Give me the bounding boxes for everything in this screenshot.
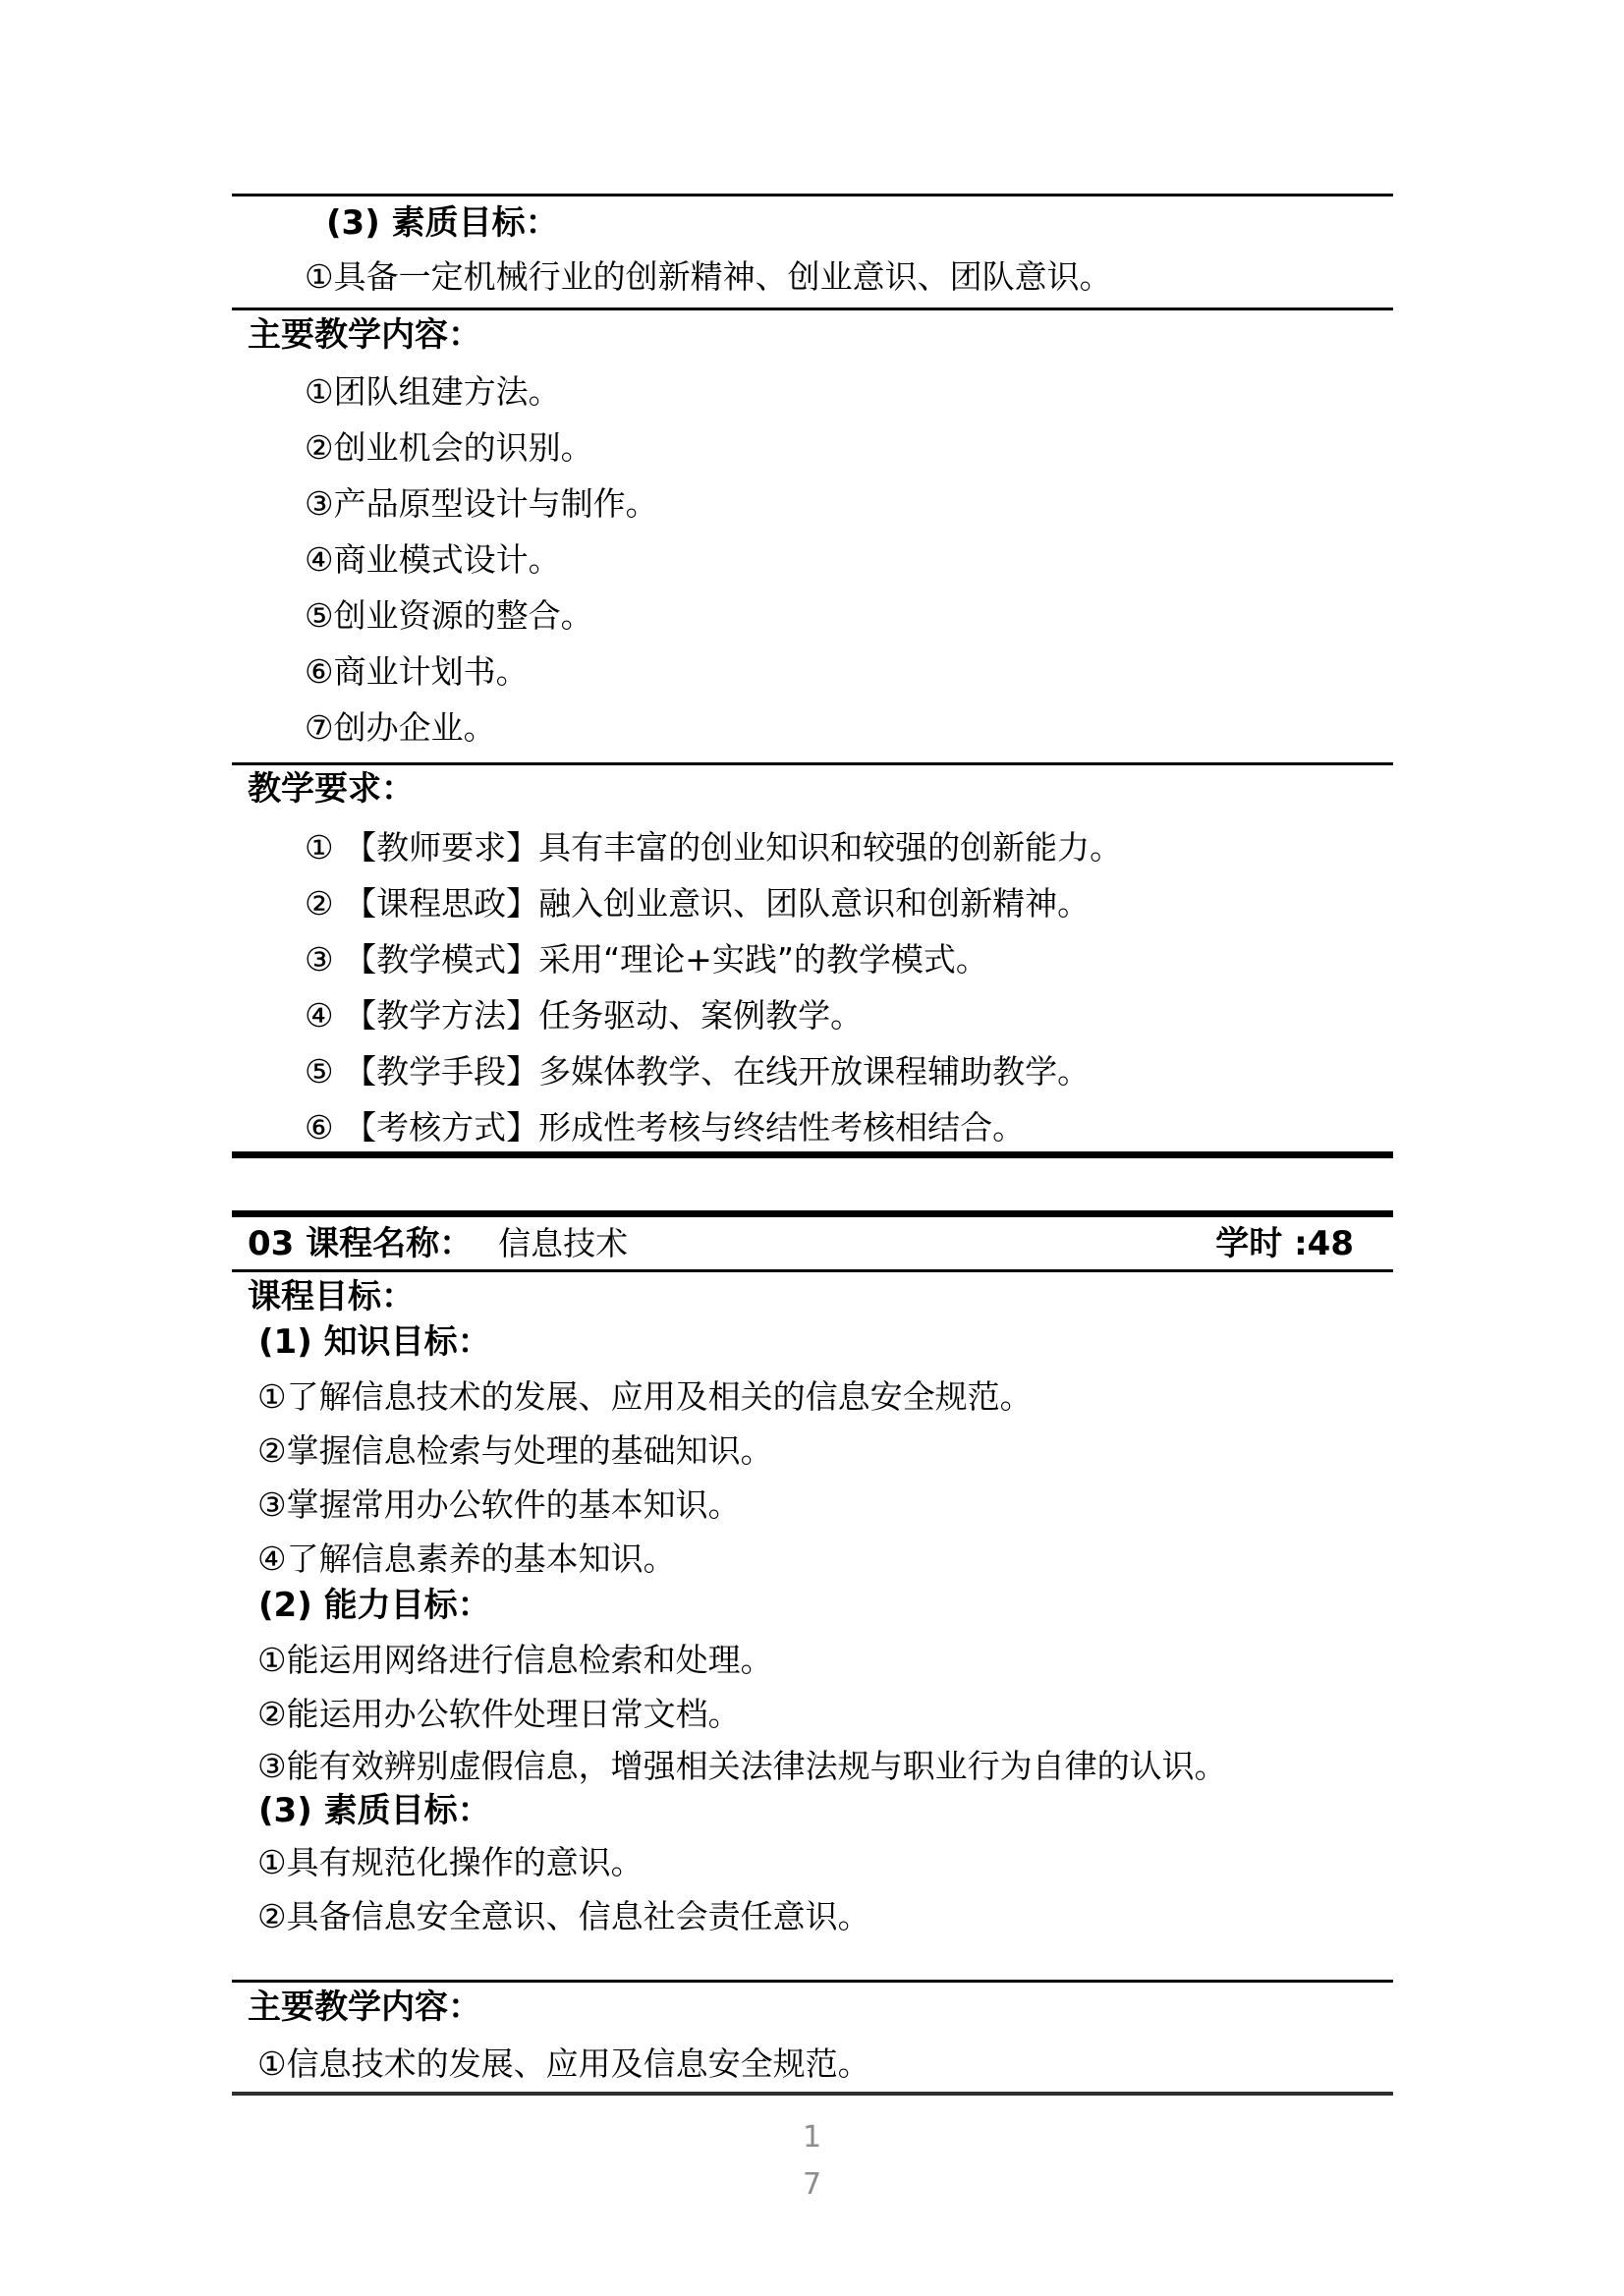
list-item: ②具备信息安全意识、信息社会责任意识。 bbox=[232, 1896, 1393, 1937]
list-item: ④了解信息素养的基本知识。 bbox=[232, 1539, 1393, 1580]
section-divider bbox=[232, 194, 1393, 196]
section-divider bbox=[232, 308, 1393, 310]
list-item: ①了解信息技术的发展、应用及相关的信息安全规范。 bbox=[232, 1376, 1393, 1418]
course-hours: 学时 :48 bbox=[1215, 1221, 1354, 1266]
list-item: ② 【课程思政】融入创业意识、团队意识和创新精神。 bbox=[232, 883, 1393, 924]
course-end-divider bbox=[232, 1151, 1393, 1158]
list-item: ③产品原型设计与制作。 bbox=[232, 483, 1393, 525]
page-number: 7 bbox=[0, 2167, 1624, 2203]
prev-teaching-content-heading: 主要教学内容： bbox=[232, 314, 1393, 356]
teaching-content-heading: 主要教学内容： bbox=[232, 1987, 1393, 2028]
section-divider bbox=[232, 762, 1393, 765]
page-bottom-divider bbox=[232, 2092, 1393, 2096]
knowledge-goal-heading: (1) 知识目标： bbox=[232, 1321, 1393, 1363]
section-divider bbox=[232, 1980, 1393, 1983]
course-title: 信息技术 bbox=[498, 1221, 628, 1266]
course-header-row: 03 课程名称： 信息技术 学时 :48 bbox=[232, 1221, 1393, 1266]
course-number-label: 03 课程名称： bbox=[232, 1221, 473, 1266]
list-item: ①信息技术的发展、应用及信息安全规范。 bbox=[232, 2044, 1393, 2085]
quality-goal-heading: (3) 素质目标： bbox=[232, 1790, 1393, 1831]
list-item: ①具有规范化操作的意识。 bbox=[232, 1842, 1393, 1883]
section-divider bbox=[232, 1269, 1393, 1272]
document-content: (3) 素质目标： ①具备一定机械行业的创新精神、创业意识、团队意识。 主要教学… bbox=[232, 0, 1393, 2096]
list-item: ③掌握常用办公软件的基本知识。 bbox=[232, 1484, 1393, 1526]
list-item: ①团队组建方法。 bbox=[232, 371, 1393, 413]
list-item: ① 【教师要求】具有丰富的创业知识和较强的创新能力。 bbox=[232, 827, 1393, 868]
list-item: ⑦创办企业。 bbox=[232, 707, 1393, 749]
page-number: 1 bbox=[0, 2120, 1624, 2156]
list-item: ③ 【教学模式】采用“理论+实践”的教学模式。 bbox=[232, 939, 1393, 980]
list-item: ⑤创业资源的整合。 bbox=[232, 595, 1393, 637]
list-item: ④商业模式设计。 bbox=[232, 539, 1393, 581]
list-item: ③能有效辨别虚假信息，增强相关法律法规与职业行为自律的认识。 bbox=[232, 1746, 1393, 1787]
course-goals-heading: 课程目标： bbox=[232, 1276, 1393, 1317]
list-item: ②创业机会的识别。 bbox=[232, 427, 1393, 469]
list-item: ②能运用办公软件处理日常文档。 bbox=[232, 1694, 1393, 1735]
ability-goal-heading: (2) 能力目标： bbox=[232, 1585, 1393, 1626]
list-item: ⑥商业计划书。 bbox=[232, 651, 1393, 693]
list-item: ⑤ 【教学手段】多媒体教学、在线开放课程辅助教学。 bbox=[232, 1051, 1393, 1092]
prev-teaching-requirements-heading: 教学要求： bbox=[232, 768, 1393, 810]
document-page: (3) 素质目标： ①具备一定机械行业的创新精神、创业意识、团队意识。 主要教学… bbox=[0, 0, 1624, 2296]
course-start-divider bbox=[232, 1210, 1393, 1217]
list-item: ⑥ 【考核方式】形成性考核与终结性考核相结合。 bbox=[232, 1107, 1393, 1148]
list-item: ①能运用网络进行信息检索和处理。 bbox=[232, 1640, 1393, 1681]
list-item: ②掌握信息检索与处理的基础知识。 bbox=[232, 1430, 1393, 1472]
list-item: ①具备一定机械行业的创新精神、创业意识、团队意识。 bbox=[232, 256, 1393, 298]
prev-quality-goal-heading: (3) 素质目标： bbox=[232, 202, 1393, 244]
list-item: ④ 【教学方法】任务驱动、案例教学。 bbox=[232, 995, 1393, 1036]
